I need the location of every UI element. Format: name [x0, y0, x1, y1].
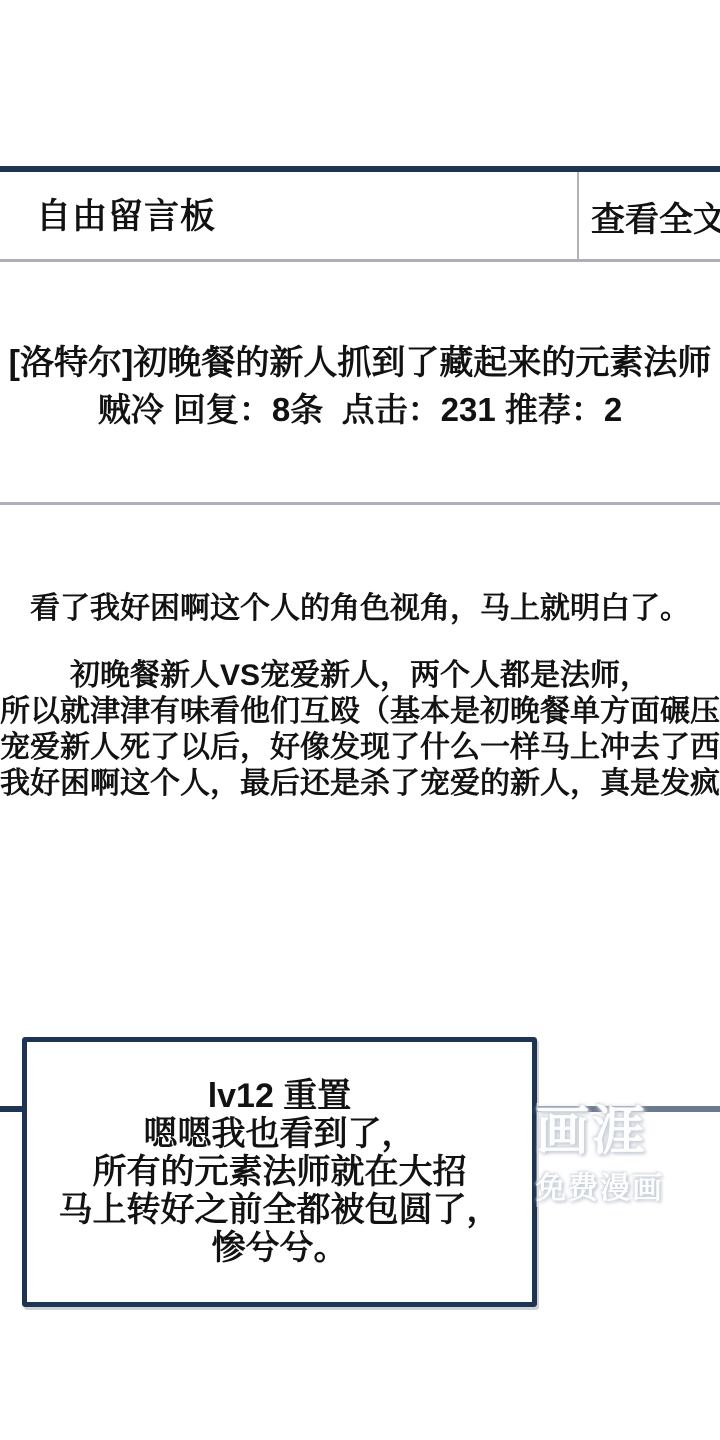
bubble-line: lv12 重置	[59, 1077, 501, 1115]
bubble-line: 嗯嗯我也看到了，	[59, 1115, 501, 1153]
post-meta: 贼冷 回复：8条 点击：231 推荐：2	[0, 387, 720, 433]
board-title: 自由留言板	[36, 189, 216, 239]
bubble-line: 惨兮兮。	[59, 1229, 501, 1267]
body-paragraph: 初晚餐新人VS宠爱新人，两个人都是法师， 所以就津津有味看他们互殴（基本是初晚餐…	[0, 658, 720, 802]
section-divider	[0, 502, 720, 505]
body-line: 我好困啊这个人，最后还是杀了宠爱的新人，真是发疯。	[0, 766, 720, 802]
body-line: 所以就津津有味看他们互殴（基本是初晚餐单方面碾压）	[0, 694, 720, 730]
view-full-link[interactable]: 查看全文	[591, 192, 720, 241]
comic-panel: 自由留言板 查看全文 [洛特尔]初晚餐的新人抓到了藏起来的元素法师 贼冷 回复：…	[0, 0, 720, 1440]
post-body: 看了我好困啊这个人的角色视角，马上就明白了。 初晚餐新人VS宠爱新人，两个人都是…	[0, 591, 720, 802]
body-line: 初晚餐新人VS宠爱新人，两个人都是法师，	[0, 658, 720, 694]
bubble-line: 马上转好之前全都被包圆了，	[59, 1191, 501, 1229]
body-line: 宠爱新人死了以后，好像发现了什么一样马上冲去了西门	[0, 730, 720, 766]
bubble-line: 所有的元素法师就在大招	[59, 1153, 501, 1191]
post-listing: [洛特尔]初晚餐的新人抓到了藏起来的元素法师 贼冷 回复：8条 点击：231 推…	[0, 339, 720, 433]
board-header: 自由留言板 查看全文	[0, 172, 720, 259]
header-bottom-border	[0, 259, 720, 262]
header-divider	[577, 172, 579, 259]
comment-bubble: lv12 重置 嗯嗯我也看到了， 所有的元素法师就在大招 马上转好之前全都被包圆…	[22, 1037, 537, 1307]
mid-panel-line-right	[533, 1106, 720, 1112]
body-line: 看了我好困啊这个人的角色视角，马上就明白了。	[0, 591, 720, 627]
comment-bubble-text: lv12 重置 嗯嗯我也看到了， 所有的元素法师就在大招 马上转好之前全都被包圆…	[59, 1077, 501, 1267]
post-title-link[interactable]: [洛特尔]初晚餐的新人抓到了藏起来的元素法师	[0, 339, 720, 387]
watermark-caption: 免费漫画	[536, 1163, 720, 1207]
watermark: 画涯 免费漫画	[536, 1103, 720, 1207]
